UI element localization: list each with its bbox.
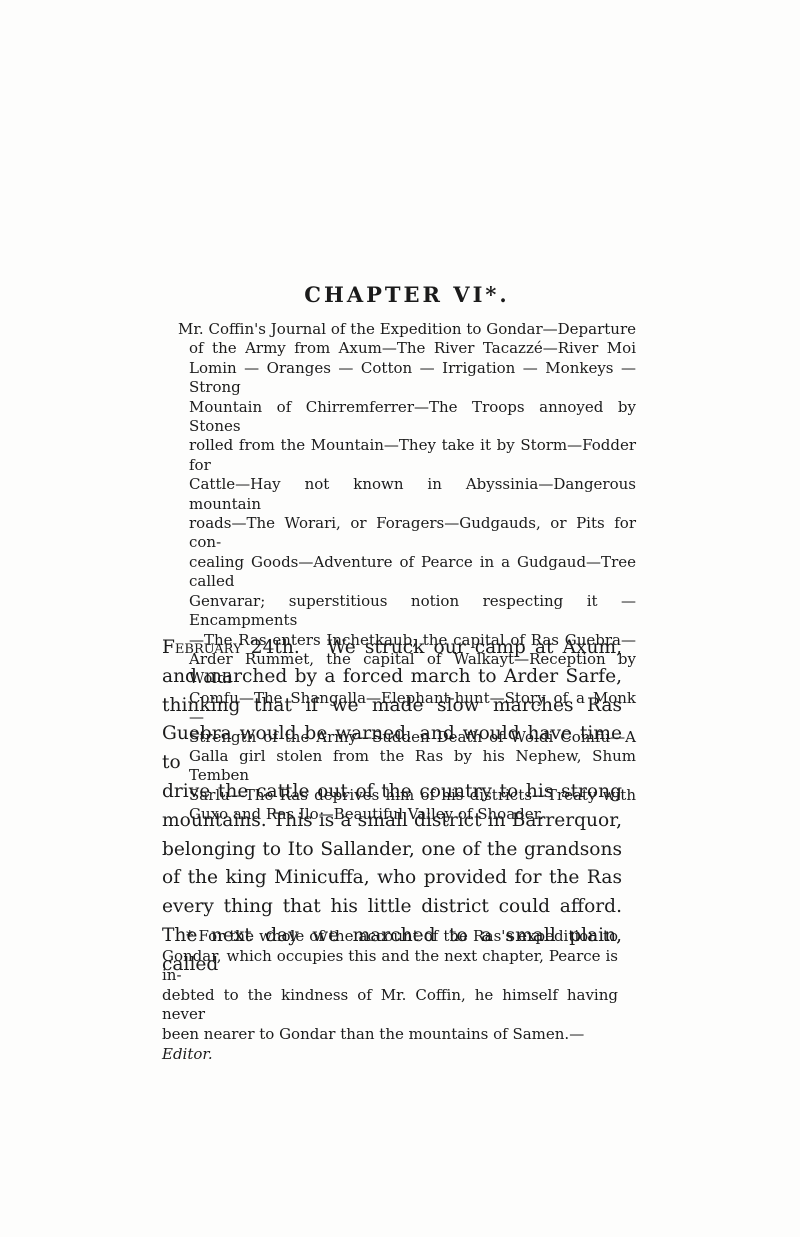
- text-line: debted to the kindness of Mr. Coffin, he…: [162, 986, 618, 1025]
- text-line: belonging to Ito Sallander, one of the g…: [162, 836, 622, 865]
- text-line: Lomin — Oranges — Cotton — Irrigation — …: [178, 359, 636, 398]
- footnote-editor: Editor.: [162, 1045, 213, 1063]
- text-line: Gondar, which occupies this and the next…: [162, 947, 618, 986]
- text-line: of the Army from Axum—The River Tacazzé—…: [178, 339, 636, 358]
- text-line: Genvarar; superstitious notion respectin…: [178, 592, 636, 631]
- chapter-heading: CHAPTER VI*.: [177, 282, 637, 307]
- text-line: Guebra would be warned, and would have t…: [162, 720, 622, 778]
- body-line-first: February 24th. We struck our camp at Axu…: [162, 634, 622, 663]
- text-line: Mountain of Chirremferrer—The Troops ann…: [178, 398, 636, 437]
- date-smallcaps: February: [162, 637, 242, 658]
- text-line: cealing Goods—Adventure of Pearce in a G…: [178, 553, 636, 592]
- book-page: CHAPTER VI*. Mr. Coffin's Journal of the…: [0, 0, 800, 1237]
- footnote: * For the whole of the account of the Ra…: [162, 927, 618, 1064]
- text-line: every thing that his little district cou…: [162, 893, 622, 922]
- text-line: and marched by a forced march to Arder S…: [162, 663, 622, 692]
- text-line: mountains. This is a small district in B…: [162, 807, 622, 836]
- text-line: of the king Minicuffa, who provided for …: [162, 864, 622, 893]
- text-line: roads—The Worari, or Foragers—Gudgauds, …: [178, 514, 636, 553]
- text-line: thinking that if we made slow marches Ra…: [162, 692, 622, 721]
- text-line: Mr. Coffin's Journal of the Expedition t…: [178, 320, 636, 339]
- text-line: rolled from the Mountain—They take it by…: [178, 436, 636, 475]
- text-line: been nearer to Gondar than the mountains…: [162, 1025, 618, 1064]
- text-line: Cattle—Hay not known in Abyssinia—Danger…: [178, 475, 636, 514]
- text-line: * For the whole of the account of the Ra…: [162, 927, 618, 947]
- body-line-first-rest: 24th. We struck our camp at Axum,: [242, 637, 622, 658]
- footnote-lines: * For the whole of the account of the Ra…: [162, 927, 618, 1064]
- text-line: drive the cattle out of the country to h…: [162, 778, 622, 807]
